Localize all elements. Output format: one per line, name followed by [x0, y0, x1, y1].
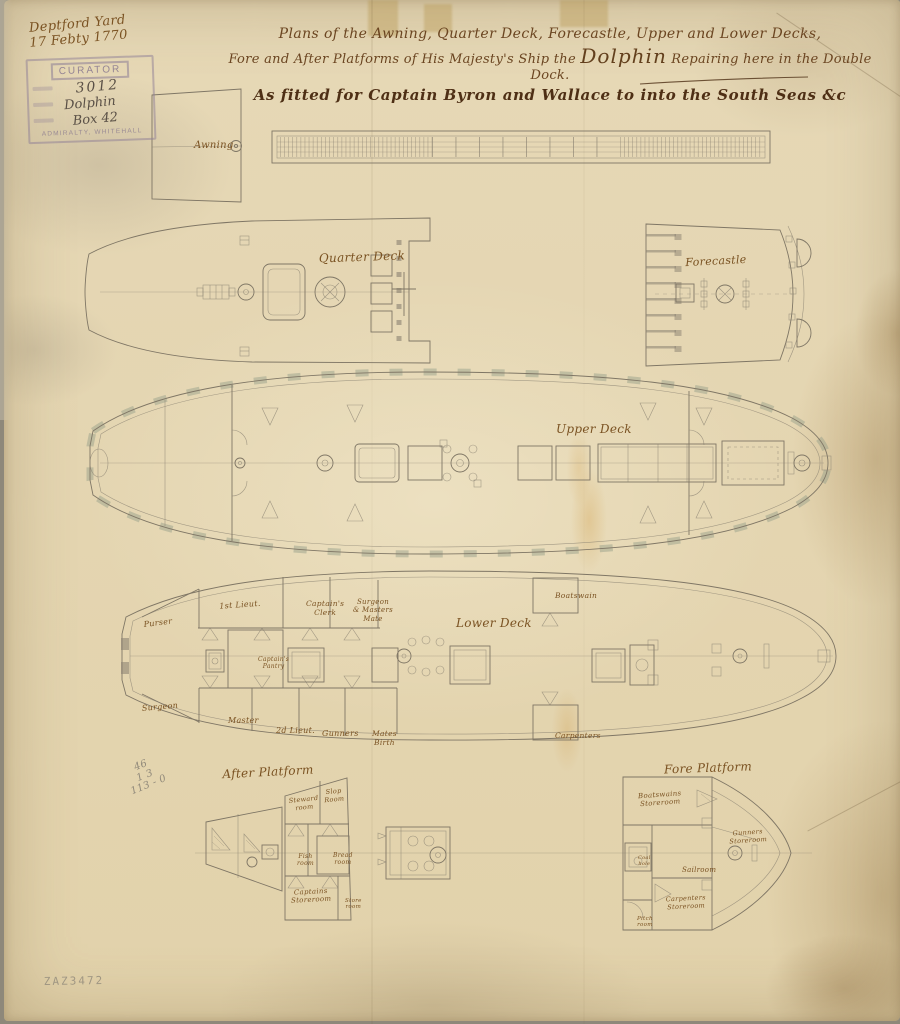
lower-deck-label: Lower Deck: [456, 616, 532, 630]
ship-name: Dolphin: [580, 44, 666, 68]
room-label-gunners-storeroom: Gunners Storeroom: [729, 828, 768, 846]
title-block: Plans of the Awning, Quarter Deck, Forec…: [215, 26, 885, 104]
room-label-coal-hole: Coal hole: [638, 856, 651, 868]
room-label-boatswain: Boatswain: [555, 592, 597, 601]
room-label-captains-pantry: Captain's Pantry: [258, 656, 289, 670]
room-label-sail-room: Sailroom: [682, 866, 716, 874]
room-label-master: Master: [228, 716, 259, 725]
room-label-fish-room: Fish room: [297, 853, 314, 867]
room-label-gunners: Gunners: [322, 729, 359, 738]
forecastle-drawing: [646, 224, 811, 366]
stamp-field-label: [34, 118, 54, 123]
plan-linework: [0, 0, 900, 1024]
room-label-store-room: Store room: [345, 898, 362, 911]
room-label-mates-birth: Mates Birth: [372, 730, 397, 748]
scanned-ship-plan: Deptford Yard 17 Febty 1770 Plans of the…: [0, 0, 900, 1024]
upper-deck-drawing: [90, 372, 831, 554]
awning-label: Awning: [194, 140, 234, 152]
room-label-slop-room: Slop Room: [323, 787, 344, 804]
room-label-pitch-room: Pitch room: [637, 916, 653, 929]
room-label-bread-room: Bread room: [333, 852, 353, 866]
archive-code: ZAZ3472: [44, 975, 105, 989]
quarter-deck-label: Quarter Deck: [319, 248, 406, 265]
upper-deck-label: Upper Deck: [556, 422, 632, 436]
room-label-steward-room: Steward room: [288, 795, 319, 813]
lower-deck-drawing: [121, 571, 836, 740]
scale-bar-drawing: [272, 131, 770, 163]
room-label-second-lieutenant: 2d Lieut.: [276, 726, 315, 735]
stamp-field-label: [33, 102, 53, 107]
stamp-field-label: [33, 86, 53, 91]
room-label-captains-storeroom: Captains Storeroom: [290, 887, 331, 906]
quarter-deck-drawing: [85, 218, 430, 363]
room-label-surgeon-masters-mate: Surgeon & Masters Mate: [353, 598, 393, 623]
title-line2: Fore and After Platforms of His Majesty'…: [215, 44, 885, 83]
stamp-footer: ADMIRALTY, WHITEHALL: [34, 127, 150, 138]
room-label-captains-clerk: Captain's Clerk: [306, 600, 344, 618]
curator-stamp: CURATOR 3012 Dolphin Box 42 ADMIRALTY, W…: [26, 55, 157, 144]
room-label-boatswains-storeroom: Boatswains Storeroom: [638, 789, 682, 808]
room-label-carpenters-storeroom: Carpenters Storeroom: [666, 894, 707, 911]
title-line3: As fitted for Captain Byron and Wallace …: [215, 86, 885, 104]
room-label-carpenters: Carpenters: [555, 732, 601, 741]
stamp-box: Box 42: [72, 109, 119, 128]
title-line1: Plans of the Awning, Quarter Deck, Forec…: [215, 26, 885, 42]
